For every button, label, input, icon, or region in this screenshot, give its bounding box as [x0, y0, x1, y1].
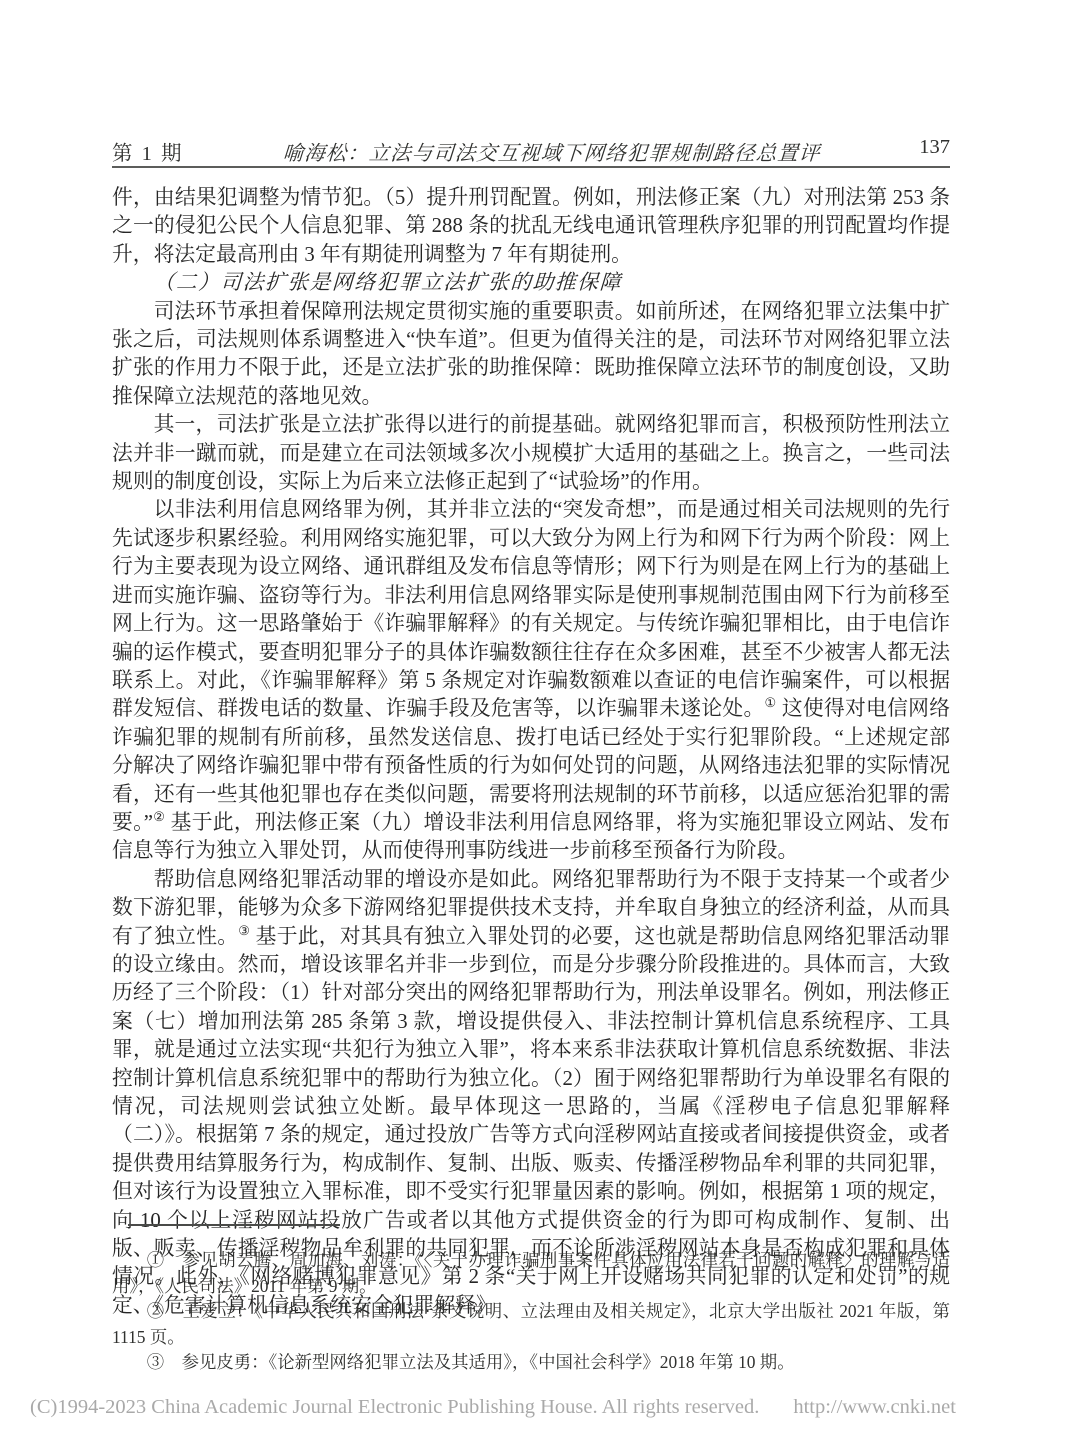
footer-url: http://www.cnki.net [793, 1396, 956, 1419]
section-subheading: （二）司法扩张是网络犯罪立法扩张的助推保障 [111, 269, 950, 297]
paragraph: 其一，司法扩张是立法扩张得以进行的前提基础。就网络犯罪而言，积极预防性刑法立法并… [112, 411, 950, 496]
header-issue-label: 第 1 期 [112, 136, 184, 166]
footnote-separator [128, 1224, 340, 1226]
header-running-title: 喻海松：立法与司法交互视域下网络犯罪规制路径总置评 [282, 136, 822, 166]
paragraph: 司法环节承担着保障刑法规定贯彻实施的重要职责。如前所述，在网络犯罪立法集中扩张之… [112, 298, 950, 412]
footer-copyright: (C)1994-2023 China Academic Journal Elec… [30, 1396, 759, 1419]
paragraph-continuation: 件，由结果犯调整为情节犯。（5）提升刑罚配置。例如，刑法修正案（九）对刑法第 2… [112, 184, 950, 269]
paragraph: 以非法利用信息网络罪为例，其并非立法的“突发奇想”，而是通过相关司法规则的先行先… [112, 496, 950, 865]
footnote-item: ③ 参见皮勇：《论新型网络犯罪立法及其适用》，《中国社会科学》2018 年第 1… [112, 1350, 950, 1376]
article-body: 件，由结果犯调整为情节犯。（5）提升刑罚配置。例如，刑法修正案（九）对刑法第 2… [112, 184, 950, 1320]
page-footer: (C)1994-2023 China Academic Journal Elec… [30, 1396, 1050, 1419]
footnote-item: ① 参见胡云腾、周加海、刘涛：《〈关于办理诈骗刑事案件具体应用法律若干问题的解释… [112, 1248, 950, 1299]
header-page-number: 137 [919, 136, 950, 159]
journal-page: 第 1 期 喻海松：立法与司法交互视域下网络犯罪规制路径总置评 137 件，由结… [0, 0, 1080, 1454]
footnotes: ① 参见胡云腾、周加海、刘涛：《〈关于办理诈骗刑事案件具体应用法律若干问题的解释… [112, 1248, 950, 1376]
page-header: 第 1 期 喻海松：立法与司法交互视域下网络犯罪规制路径总置评 137 [112, 136, 950, 168]
footnote-item: ② 王爱立：《中华人民共和国刑法·条文说明、立法理由及相关规定》，北京大学出版社… [112, 1299, 950, 1350]
